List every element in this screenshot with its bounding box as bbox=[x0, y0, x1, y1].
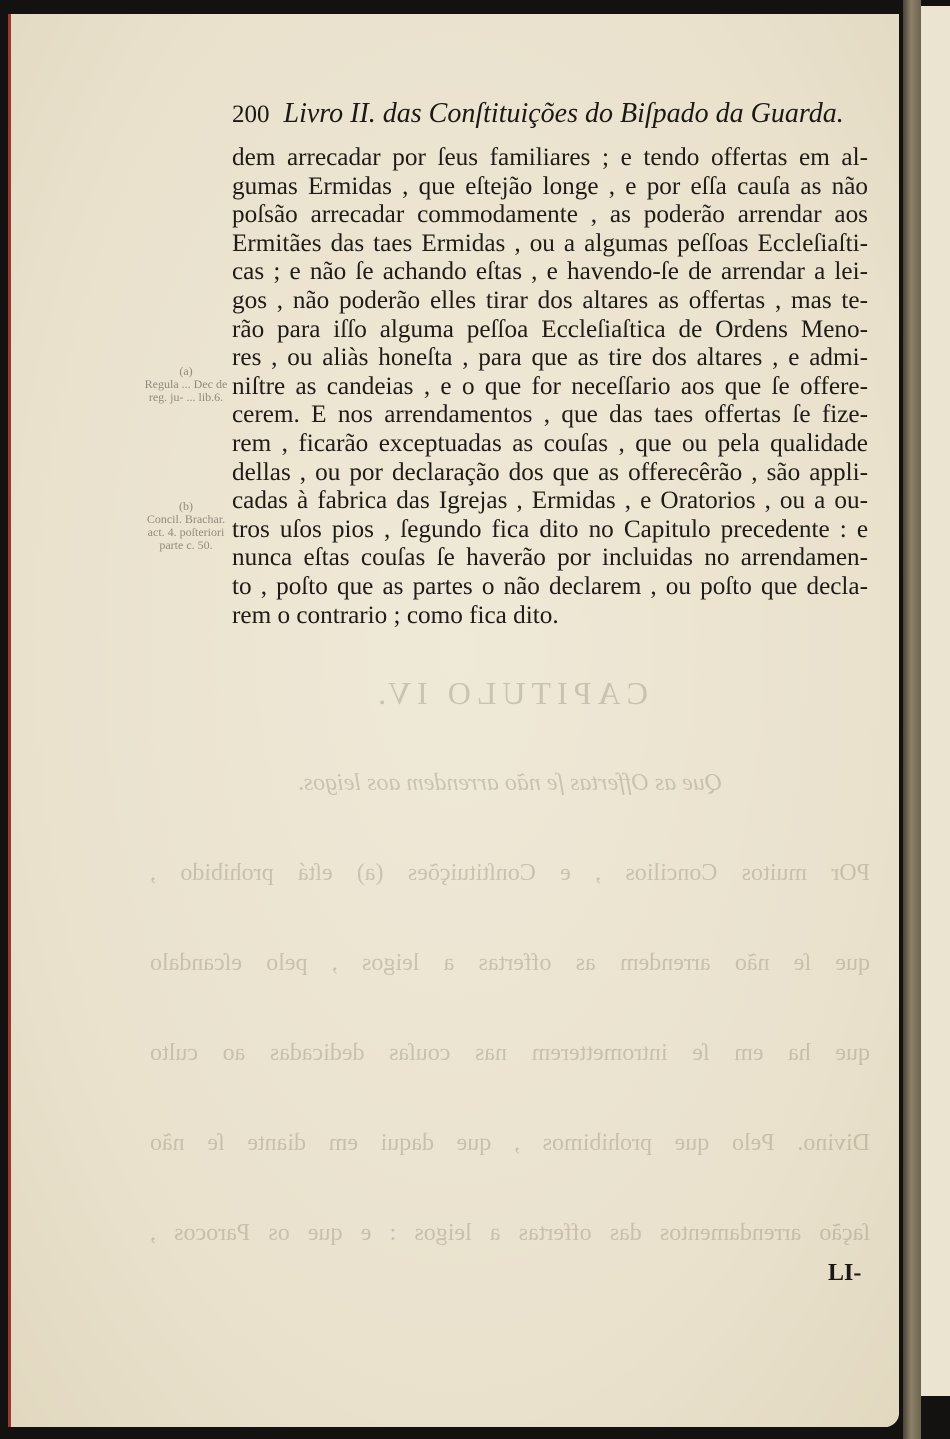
text-line: Ermitães das taes Ermidas , ou a algumas… bbox=[232, 230, 868, 259]
catchword: LI- bbox=[828, 1260, 861, 1287]
margin-note-b: (b) Concil. Brachar. act. 4. poſteriori … bbox=[140, 500, 232, 552]
show-through-line: Que as Offertas ſe não arrendem aos leig… bbox=[150, 768, 870, 798]
page-number: 200 bbox=[232, 101, 270, 128]
text-line: gos , não poderão elles tirar dos altare… bbox=[232, 287, 868, 316]
body-paragraph: dem arrecadar por ſeus familiares ; e te… bbox=[232, 144, 868, 630]
margin-note-text: Concil. Brachar. act. 4. poſteriori part… bbox=[140, 513, 232, 552]
book-gutter bbox=[903, 0, 921, 1439]
text-line: dem arrecadar por ſeus familiares ; e te… bbox=[232, 144, 868, 173]
text-line: cerem. E nos arrendamentos , que das tae… bbox=[232, 401, 868, 430]
facing-page-edge bbox=[921, 6, 950, 1396]
text-line: cadas à fabrica das Igrejas , Ermidas , … bbox=[232, 487, 868, 516]
text-line: nunca eſtas couſas ſe haverão por inclui… bbox=[232, 544, 868, 573]
text-line: poſsão arrecadar commodamente , as poder… bbox=[232, 201, 868, 230]
text-line: rão para iſſo alguma peſſoa Eccleſiaſtic… bbox=[232, 316, 868, 345]
text-line: to , poſto que as partes o não declarem … bbox=[232, 573, 868, 602]
text-line: res , ou aliàs honeſta , para que as tir… bbox=[232, 344, 868, 373]
show-through-line: CAPITULO IV. bbox=[150, 678, 870, 708]
text-line: cas ; e não ſe achando eſtas , e havendo… bbox=[232, 258, 868, 287]
text-line: tros uſos pios , ſegundo fica dito no Ca… bbox=[232, 516, 868, 545]
show-through-line: que ſe não arrendem as offertas a leigos… bbox=[150, 948, 870, 978]
running-header: 200Livro II. das Conſtituições do Biſpad… bbox=[232, 98, 872, 130]
text-line: rem , ficarão exceptuadas as couſas , qu… bbox=[232, 430, 868, 459]
show-through-line: ſação arrendamentos das offertas a leigo… bbox=[150, 1218, 870, 1248]
margin-note-a: (a) Regula ... Dec de reg. ju- ... lib.6… bbox=[140, 365, 232, 404]
text-line: niſtre as candeias , e o que for neceſſa… bbox=[232, 373, 868, 402]
show-through-line: Divino. Pelo que prohibimos , que daqui … bbox=[150, 1128, 870, 1158]
text-line: rem o contrario ; como fica dito. bbox=[232, 602, 868, 631]
running-title: Livro II. das Conſtituições do Biſpado d… bbox=[284, 98, 844, 129]
margin-note-text: Regula ... Dec de reg. ju- ... lib.6. bbox=[140, 378, 232, 404]
show-through-line: que ha em ſe intrometterem nas couſas de… bbox=[150, 1038, 870, 1068]
text-line: dellas , ou por declaração dos que as of… bbox=[232, 459, 868, 488]
show-through-text: CAPITULO IV. Que as Offertas ſe não arre… bbox=[150, 600, 870, 1280]
show-through-line: POr muitos Concilios , e Conſtituições (… bbox=[150, 858, 870, 888]
text-line: gumas Ermidas , que eſtejão longe , e po… bbox=[232, 173, 868, 202]
